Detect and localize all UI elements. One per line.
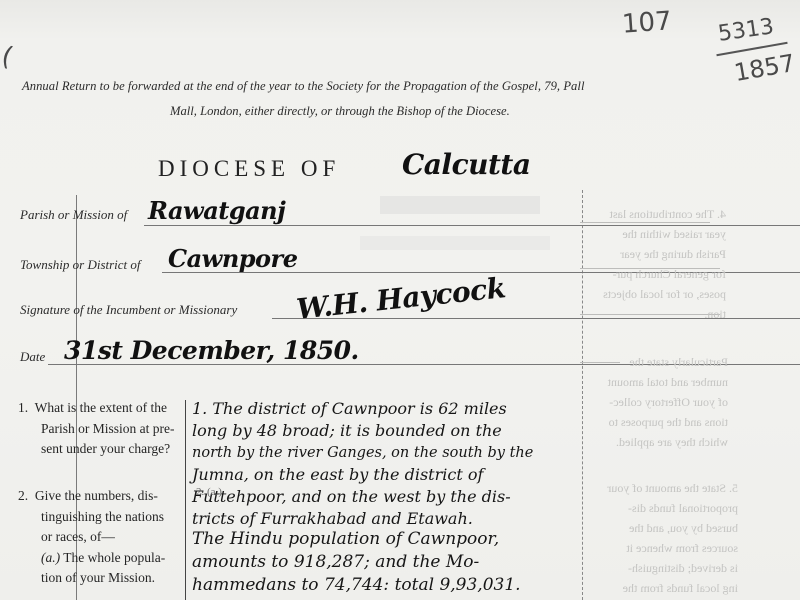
bleed-through-block-3: 5. State the amount of your proportional… bbox=[607, 478, 738, 598]
answer-1-line-wrap: tricts of Furrakhabad and Etawah. bbox=[192, 508, 533, 530]
bleed-line: proportional funds dis- bbox=[607, 498, 738, 518]
township-label: Township or District of bbox=[20, 257, 141, 273]
question-2a-line: tion of your Mission. bbox=[18, 568, 165, 589]
bleed-line: bursed by you, and the bbox=[607, 518, 738, 538]
bleed-line: poses, or for local objects bbox=[603, 284, 726, 304]
question-1-line: What is the extent of the bbox=[35, 400, 167, 415]
diocese-value: Calcutta bbox=[402, 148, 530, 181]
diocese-label: DIOCESE OF bbox=[158, 156, 340, 182]
bleed-line: 4. The contributions last bbox=[603, 204, 726, 224]
instruction-line-2: Mall, London, either directly, or throug… bbox=[170, 104, 510, 119]
right-column-rule bbox=[582, 190, 583, 600]
question-2-line: Give the numbers, dis- bbox=[35, 488, 158, 503]
question-1-line: Parish or Mission at pre- bbox=[18, 419, 174, 440]
bleed-line: tion. bbox=[603, 304, 726, 324]
instruction-line-1: Annual Return to be forwarded at the end… bbox=[22, 79, 585, 94]
bleed-line: 5. State the amount of your bbox=[607, 478, 738, 498]
answer-2-line: The Hindu population of Cawnpoor, bbox=[192, 528, 521, 551]
question-2: 2. Give the numbers, dis- tinguishing th… bbox=[18, 486, 165, 589]
bleed-through-smudge bbox=[360, 236, 550, 250]
bleed-through-block-1: 4. The contributions last year raised wi… bbox=[603, 204, 726, 324]
answer-1-line: 1. The district of Cawnpoor is 62 miles bbox=[192, 398, 533, 420]
signature-label: Signature of the Incumbent or Missionary bbox=[20, 302, 237, 318]
bleed-line: which they are applied. bbox=[608, 432, 728, 452]
answer-1-line: north by the river Ganges, on the south … bbox=[192, 442, 533, 464]
question-answer-divider bbox=[185, 400, 186, 600]
date-label: Date bbox=[20, 349, 45, 365]
bleed-through-block-2: Particularly state the number and total … bbox=[608, 352, 728, 452]
question-2-line: or races, of— bbox=[18, 527, 165, 548]
archive-reference-top: 5313 bbox=[717, 14, 776, 47]
parish-value: Rawatganj bbox=[148, 196, 285, 225]
answer-2-printed-label: 2. (a.) bbox=[196, 486, 222, 498]
bleed-through-smudge bbox=[380, 196, 540, 214]
question-2a-line: The whole popula- bbox=[63, 550, 165, 565]
answer-1: 1. The district of Cawnpoor is 62 miles … bbox=[192, 398, 533, 530]
question-1-line: sent under your charge? bbox=[18, 439, 174, 460]
question-1-number: 1. bbox=[18, 400, 28, 415]
question-2-line: tinguishing the nations bbox=[18, 507, 165, 528]
bleed-line: of your Offertory collec- bbox=[608, 392, 728, 412]
answer-2-line: hammedans to 74,744: total 9,93,031. bbox=[192, 574, 521, 597]
bleed-line: Parish during the year bbox=[603, 244, 726, 264]
bleed-line: number and total amount bbox=[608, 372, 728, 392]
archive-reference-bottom: 1857 bbox=[732, 49, 797, 87]
date-value: 31st December, 1850. bbox=[64, 336, 359, 365]
answer-1-line: Futtehpoor, and on the west by the dis- bbox=[192, 486, 533, 508]
parish-label: Parish or Mission of bbox=[20, 207, 127, 223]
answer-2: The Hindu population of Cawnpoor, amount… bbox=[192, 528, 521, 597]
archive-page-number: 107 bbox=[621, 6, 673, 39]
township-value: Cawnpore bbox=[168, 244, 297, 273]
bleed-line: sources from whence it bbox=[607, 538, 738, 558]
bleed-line: tions and the purposes to bbox=[608, 412, 728, 432]
question-1: 1. What is the extent of the Parish or M… bbox=[18, 398, 174, 460]
answer-1-line: long by 48 broad; it is bounded on the bbox=[192, 420, 533, 442]
bleed-line: Particularly state the bbox=[608, 352, 728, 372]
scanned-document-page: 107 5313 1857 ( Annual Return to be forw… bbox=[0, 0, 800, 600]
margin-mark: ( bbox=[0, 41, 16, 73]
question-2a-number: (a.) bbox=[41, 550, 60, 565]
bleed-line: year raised within the bbox=[603, 224, 726, 244]
answer-2-line: amounts to 918,287; and the Mo- bbox=[192, 551, 521, 574]
bleed-line: ing local funds from the bbox=[607, 578, 738, 598]
bleed-line: is derived; distinguish- bbox=[607, 558, 738, 578]
answer-1-line: Jumna, on the east by the district of bbox=[192, 464, 533, 486]
question-2-number: 2. bbox=[18, 488, 28, 503]
answer-1-line: tricts of Furrakhabad and Etawah. bbox=[192, 509, 473, 528]
bleed-line: for general Church pur- bbox=[603, 264, 726, 284]
